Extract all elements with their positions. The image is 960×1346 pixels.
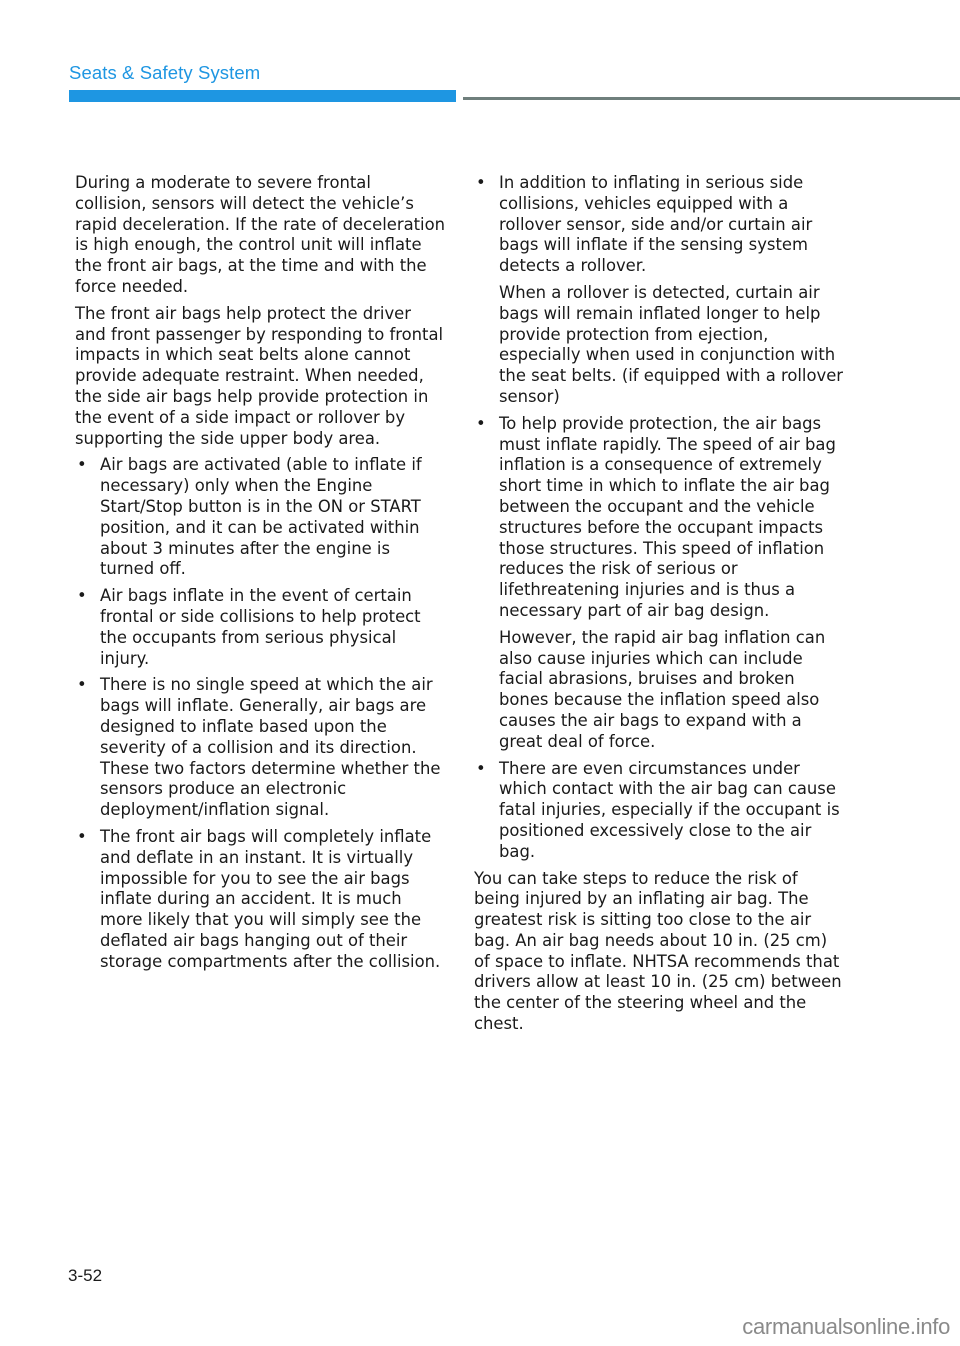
watermark: carmanualsonline.info: [742, 1314, 950, 1340]
list-item: • There is no single speed at which the …: [75, 675, 447, 821]
bullet-icon: •: [77, 827, 87, 848]
header-accent-bar: [69, 90, 456, 102]
section-title: Seats & Safety System: [69, 62, 260, 84]
list-item: • Air bags are activated (able to inflat…: [75, 455, 447, 580]
bullet-icon: •: [77, 455, 87, 476]
header-rule: [463, 97, 960, 100]
bullet-icon: •: [77, 675, 87, 696]
bullet-icon: •: [476, 173, 486, 194]
bullet-icon: •: [77, 586, 87, 607]
right-column: • In addition to inflating in serious si…: [474, 173, 846, 1041]
airbag-facts-list: • Air bags are activated (able to inflat…: [75, 455, 447, 972]
list-item: • Air bags inflate in the event of certa…: [75, 586, 447, 669]
bullet-icon: •: [476, 414, 486, 435]
list-item: • To help provide protection, the air ba…: [474, 414, 846, 753]
closing-paragraph: You can take steps to reduce the risk of…: [474, 869, 846, 1035]
page-number: 3-52: [68, 1266, 102, 1286]
list-item: • There are even circumstances under whi…: [474, 759, 846, 863]
front-airbag-paragraph: The front air bags help protect the driv…: [75, 304, 447, 450]
intro-paragraph: During a moderate to severe frontal coll…: [75, 173, 447, 298]
list-item: • The front air bags will completely inf…: [75, 827, 447, 973]
list-item: • In addition to inflating in serious si…: [474, 173, 846, 408]
bullet-icon: •: [476, 759, 486, 780]
left-column: During a moderate to severe frontal coll…: [75, 173, 447, 978]
airbag-details-list: • In addition to inflating in serious si…: [474, 173, 846, 863]
